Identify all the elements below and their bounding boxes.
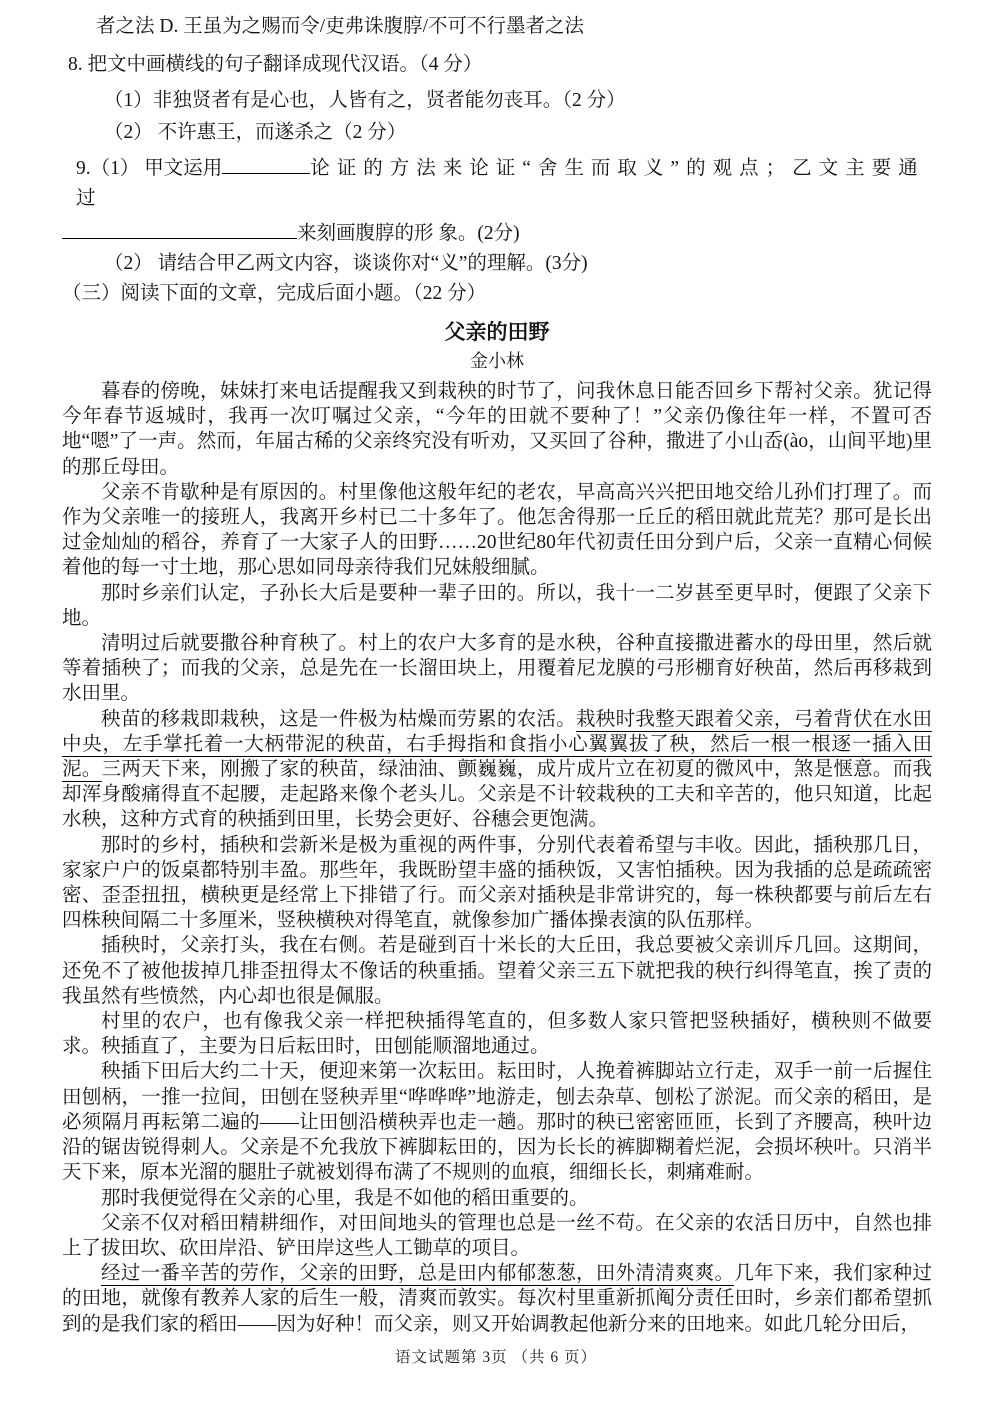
answer-blank-2 — [62, 218, 297, 239]
paragraph-text: 清明过后就要撒谷种育秧了。村上的农户大多育的是水秧，谷种直接撒进蓄水的母田里，然… — [62, 633, 932, 704]
paragraph-text: 那时乡亲们认定，子孙长大后是要种一辈子田的。所以，我十一二岁甚至更早时，便跟了父… — [62, 583, 932, 629]
article-author: 金小林 — [62, 348, 932, 374]
article-paragraph: 父亲不仅对稻田精耕细作，对田间地头的管理也总是一丝不苟。在父亲的农活日历中，自然… — [62, 1211, 932, 1261]
question-9-line1: 9.（1） 甲文运用论证的方法来论证“舍生而取义”的观点；乙文主要通过 — [62, 153, 932, 214]
paragraph-text: 那时的乡村，插秧和尝新米是极为重视的两件事，分别代表着希望与丰收。因此，插秧那几… — [62, 835, 932, 932]
article-paragraph: 插秧时，父亲打头，我在右侧。若是碰到百十米长的大丘田，我总要被父亲训斥几回。这期… — [62, 933, 932, 1009]
paragraph-text: 秧插下田后大约二十天，便迎来第一次耘田。耘田时，人挽着裤脚站立行走，双手一前一后… — [62, 1061, 932, 1183]
question-9-line2-text: 来刻画腹朜的形 象。(2分) — [297, 223, 520, 244]
article-paragraph: 村里的农户，也有像我父亲一样把秧插得笔直的，但多数人家只管把竖秧插好，横秧则不做… — [62, 1009, 932, 1059]
exam-page: 者之法 D. 王虽为之赐而令/吏弗诛腹朜/不可不行墨者之法 8. 把文中画横线的… — [0, 0, 992, 1403]
question-9-prefix: 9.（1） 甲文运用 — [76, 158, 222, 179]
article-paragraph: 经过一番辛苦的劳作，父亲的田野，总是田内郁郁葱葱，田外清清爽爽。几年下来，我们家… — [62, 1261, 932, 1337]
paragraph-text: 村里的农户，也有像我父亲一样把秧插得笔直的，但多数人家只管把竖秧插好，横秧则不做… — [62, 1011, 932, 1057]
paragraph-text: 三两天下来，刚搬了家的秧苗，绿油油、颤巍巍，成片成片立在初夏的微风中，煞是惬意。… — [62, 759, 932, 830]
article-paragraph: 父亲不肯歇种是有原因的。村里像他这般年纪的老农，早高高兴兴把田地交给儿孙们打理了… — [62, 480, 932, 581]
article-paragraph: 秧插下田后大约二十天，便迎来第一次耘田。耘田时，人挽着裤脚站立行走，双手一前一后… — [62, 1059, 932, 1185]
underlined-sentence: 经过一番辛苦的劳作，父亲的田野，总是田内郁郁葱葱，田外清清爽爽。 — [101, 1263, 734, 1286]
article-paragraph: 清明过后就要撒谷种育秧了。村上的农户大多育的是水秧，谷种直接撒进蓄水的母田里，然… — [62, 631, 932, 707]
article-body: 暮春的傍晚，妹妹打来电话提醒我又到栽秧的时节了，问我休息日能否回乡下帮衬父亲。犹… — [62, 379, 932, 1337]
paragraph-text: 父亲不仅对稻田精耕细作，对田间地头的管理也总是一丝不苟。在父亲的农活日历中，自然… — [62, 1213, 932, 1259]
question-8-stem: 8. 把文中画横线的句子翻译成现代汉语。（4 分） — [62, 50, 932, 80]
question-9-line2: 来刻画腹朜的形 象。(2分) — [62, 218, 932, 249]
article-title: 父亲的田野 — [62, 316, 932, 346]
paragraph-text: 暮春的傍晚，妹妹打来电话提醒我又到栽秧的时节了，问我休息日能否回乡下帮衬父亲。犹… — [62, 381, 932, 478]
article-paragraph: 暮春的傍晚，妹妹打来电话提醒我又到栽秧的时节了，问我休息日能否回乡下帮衬父亲。犹… — [62, 379, 932, 480]
article-paragraph: 那时的乡村，插秧和尝新米是极为重视的两件事，分别代表着希望与丰收。因此，插秧那几… — [62, 833, 932, 934]
section-3-heading: （三）阅读下面的文章，完成后面小题。（22 分） — [62, 279, 932, 309]
paragraph-text: 父亲不肯歇种是有原因的。村里像他这般年纪的老农，早高高兴兴把田地交给儿孙们打理了… — [62, 482, 932, 579]
article-paragraph: 那时我便觉得在父亲的心里，我是不如他的稻田重要的。 — [62, 1186, 932, 1211]
article-paragraph: 秧苗的移栽即栽秧，这是一件极为枯燥而劳累的农活。栽秧时我整天跟着父亲，弓着背伏在… — [62, 707, 932, 833]
answer-blank-1 — [222, 153, 310, 174]
question-9-sub2: （2） 请结合甲乙两文内容，谈谈你对“义”的理解。(3分) — [62, 249, 932, 279]
article-paragraph: 那时乡亲们认定，子孙长大后是要种一辈子田的。所以，我十一二岁甚至更早时，便跟了父… — [62, 581, 932, 631]
option-d-line: 者之法 D. 王虽为之赐而令/吏弗诛腹朜/不可不行墨者之法 — [62, 12, 932, 42]
page-footer: 语文试题第 3页 （共 6 页） — [0, 1345, 992, 1367]
paragraph-text: 插秧时，父亲打头，我在右侧。若是碰到百十米长的大丘田，我总要被父亲训斥几回。这期… — [62, 935, 932, 1006]
question-8-sub2: （2） 不许惠王，而遂杀之（2 分） — [62, 118, 932, 148]
question-8-sub1: （1）非独贤者有是心也，人皆有之，贤者能勿丧耳。（2 分） — [62, 86, 932, 116]
paragraph-text: 秧苗的移栽即栽秧，这是一件极为枯燥而劳累的农活。 — [101, 709, 576, 730]
paragraph-text: 那时我便觉得在父亲的心里，我是不如他的稻田重要的。 — [101, 1188, 589, 1209]
